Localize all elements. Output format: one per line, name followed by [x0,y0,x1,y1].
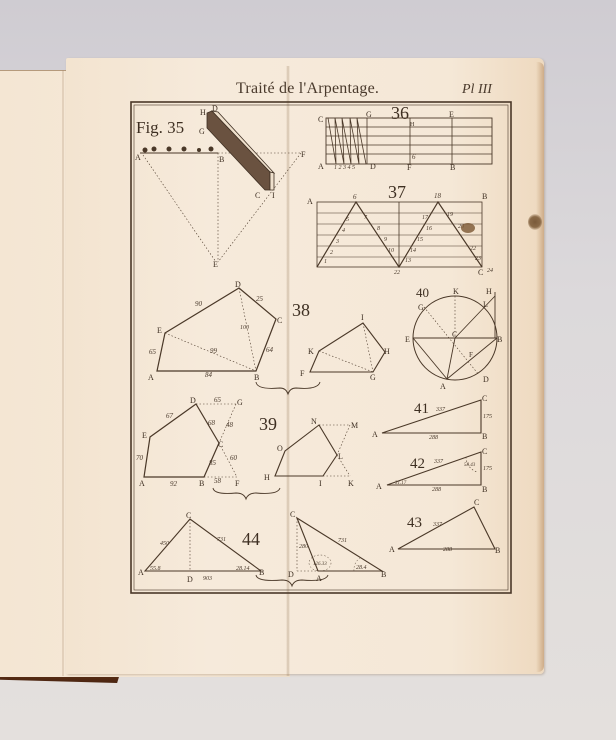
svg-text:48: 48 [226,421,234,429]
svg-text:18: 18 [434,192,442,200]
svg-text:15: 15 [417,237,423,243]
svg-text:B: B [219,155,224,164]
figure-37: 37 A B C 6 18 22 24 5 4 3 2 1 7 8 9 10 1… [307,182,493,277]
svg-text:6: 6 [353,193,357,201]
svg-text:288: 288 [443,547,452,553]
svg-text:K: K [308,347,314,356]
svg-text:23: 23 [475,256,481,262]
svg-text:B: B [254,373,259,382]
svg-text:A: A [389,545,395,554]
svg-text:16: 16 [426,226,432,232]
svg-text:175: 175 [483,466,492,472]
svg-text:M: M [351,421,358,430]
svg-text:1: 1 [324,259,327,265]
svg-text:19: 19 [447,212,453,218]
svg-text:337: 337 [433,459,444,465]
svg-text:28.14: 28.14 [236,565,250,572]
svg-text:B: B [495,546,500,555]
svg-text:K: K [348,479,354,488]
svg-text:E: E [157,326,162,335]
engraved-plate: Fig. 35 H D G A B F C I E [0,0,616,740]
svg-text:A: A [135,153,141,162]
fig43-title: 43 [407,515,422,531]
svg-text:14: 14 [410,247,416,254]
svg-text:C: C [218,440,223,449]
svg-text:H: H [384,347,390,356]
svg-text:903: 903 [203,576,212,582]
svg-text:O: O [277,444,283,453]
svg-text:6: 6 [412,153,416,161]
svg-text:H: H [200,108,206,117]
fig37-title: 37 [388,182,406,202]
svg-text:A: A [139,479,145,488]
svg-text:55.8: 55.8 [150,566,161,572]
fig36-title: 36 [391,103,409,123]
svg-text:731: 731 [338,538,347,544]
svg-text:B: B [482,485,487,494]
svg-text:B: B [450,163,455,172]
svg-text:E: E [405,335,410,344]
svg-text:G: G [366,110,372,119]
svg-text:B: B [497,335,502,344]
svg-text:G: G [418,303,424,312]
svg-text:450: 450 [160,540,169,547]
svg-text:90: 90 [195,300,203,308]
figure-36: 36 C G H E A 1 2 3 4 5 D F B 6 [318,103,492,172]
svg-text:E: E [142,431,147,440]
svg-text:10: 10 [388,248,394,254]
svg-text:60: 60 [230,454,238,462]
fig38-title: 38 [292,300,310,320]
figure-35: Fig. 35 H D G A B F C I E [135,104,306,269]
svg-text:2: 2 [330,250,333,256]
svg-text:I: I [361,313,364,322]
svg-text:92: 92 [170,480,178,488]
svg-text:D: D [288,570,294,579]
svg-text:G: G [370,373,376,382]
figure-42: 42 A C B 337 175 288 31.17 58.43 [376,447,492,494]
svg-text:D: D [235,280,241,289]
svg-text:731: 731 [217,537,226,543]
svg-text:C: C [318,115,323,124]
figure-41: 41 A C B 337 175 288 [372,394,492,441]
svg-text:F: F [235,479,240,488]
figure-39: 39 D G E C A B F 65 67 68 48 70 60 85 92… [136,396,358,499]
svg-text:58.43: 58.43 [464,463,476,468]
svg-text:C: C [482,447,487,456]
svg-text:C: C [478,268,483,277]
svg-text:A: A [138,568,144,577]
figure-38: 38 D E C A B 90 25 100 99 65 64 84 I K H… [148,280,390,394]
svg-text:C: C [277,316,282,325]
svg-text:288: 288 [432,487,441,493]
svg-text:B: B [199,479,204,488]
svg-text:A: A [307,197,313,206]
svg-text:L: L [338,452,343,461]
svg-text:175: 175 [483,414,492,420]
book-photo-scene: Traité de l'Arpentage. Pl III Fig. 35 H … [0,0,616,740]
svg-text:126.33: 126.33 [313,562,327,567]
fig41-title: 41 [414,401,429,417]
fig35-title: Fig. 35 [136,118,184,137]
svg-text:1 2 3 4 5: 1 2 3 4 5 [334,164,355,171]
svg-text:280: 280 [299,544,308,550]
fig44-title: 44 [242,529,260,549]
svg-text:25: 25 [256,295,264,303]
svg-text:28.4: 28.4 [356,564,367,571]
svg-text:31.17: 31.17 [395,481,407,486]
svg-text:70: 70 [136,454,144,462]
svg-text:F: F [407,163,412,172]
svg-text:3: 3 [335,239,339,245]
svg-text:H: H [264,473,270,482]
svg-text:B: B [482,192,487,201]
svg-text:22: 22 [470,246,476,252]
svg-text:H: H [486,287,492,296]
svg-text:85: 85 [209,459,217,467]
svg-text:C: C [482,394,487,403]
svg-text:A: A [440,382,446,391]
svg-text:F: F [301,150,306,159]
svg-text:I: I [319,479,322,488]
svg-text:288: 288 [429,435,438,441]
svg-text:58: 58 [214,477,222,485]
svg-text:D: D [190,396,196,405]
svg-text:C: C [186,511,191,520]
svg-text:I: I [272,191,275,200]
svg-text:67: 67 [166,412,174,420]
svg-text:5: 5 [346,217,349,223]
svg-text:E: E [213,260,218,269]
svg-text:A: A [372,430,378,439]
svg-text:A: A [376,482,382,491]
svg-text:9: 9 [384,237,387,243]
svg-text:C: C [474,498,479,507]
svg-text:D: D [483,375,489,384]
svg-text:17: 17 [422,215,429,221]
svg-text:64: 64 [266,346,274,354]
svg-text:L: L [483,300,488,309]
svg-text:C: C [290,510,295,519]
svg-text:A: A [148,373,154,382]
svg-text:B: B [259,568,264,577]
svg-text:D: D [187,575,193,584]
svg-text:D: D [212,104,218,113]
svg-text:H: H [410,122,415,128]
svg-text:G: G [199,127,205,136]
svg-text:8: 8 [377,226,380,232]
svg-text:N: N [311,417,317,426]
fig42-title: 42 [410,456,425,472]
svg-text:A: A [318,162,324,171]
svg-text:C: C [255,191,260,200]
svg-text:B: B [482,432,487,441]
svg-text:F: F [469,351,473,359]
svg-text:E: E [449,110,454,119]
figure-43: 43 A C B 337 288 [389,498,500,555]
svg-text:D: D [370,162,376,171]
svg-text:F: F [300,369,305,378]
svg-text:13: 13 [405,258,411,264]
svg-text:337: 337 [435,407,446,413]
svg-text:100: 100 [240,325,249,331]
svg-text:65: 65 [149,348,157,356]
svg-text:G: G [237,398,243,407]
fig40-title: 40 [416,285,429,300]
svg-text:84: 84 [205,371,213,379]
svg-text:4: 4 [342,227,345,234]
svg-text:99: 99 [210,347,218,355]
fig39-title: 39 [259,414,277,434]
figure-44: 44 C A D B 450 731 903 55.8 28.14 C D A … [138,510,386,586]
svg-text:68: 68 [208,419,216,427]
svg-text:24: 24 [487,267,493,274]
svg-text:22: 22 [394,270,400,276]
svg-text:B: B [381,570,386,579]
svg-text:C: C [452,330,457,339]
svg-text:K: K [453,287,459,296]
svg-text:337: 337 [432,522,443,528]
svg-text:A: A [316,574,322,583]
figure-40: 40 K H G L C E B F A D [405,285,502,391]
svg-text:65: 65 [214,396,222,404]
